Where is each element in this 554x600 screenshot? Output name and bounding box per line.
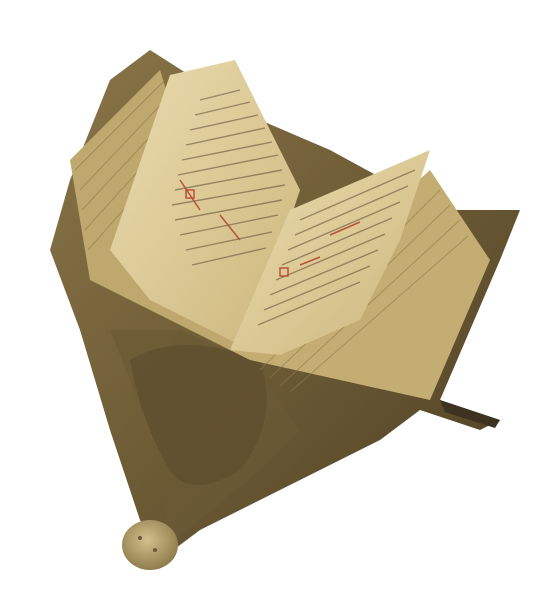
leather-knob [122, 520, 178, 570]
girdle-book-illustration [0, 0, 554, 600]
girdle-book-photo: Medieval girdle book [0, 0, 554, 600]
